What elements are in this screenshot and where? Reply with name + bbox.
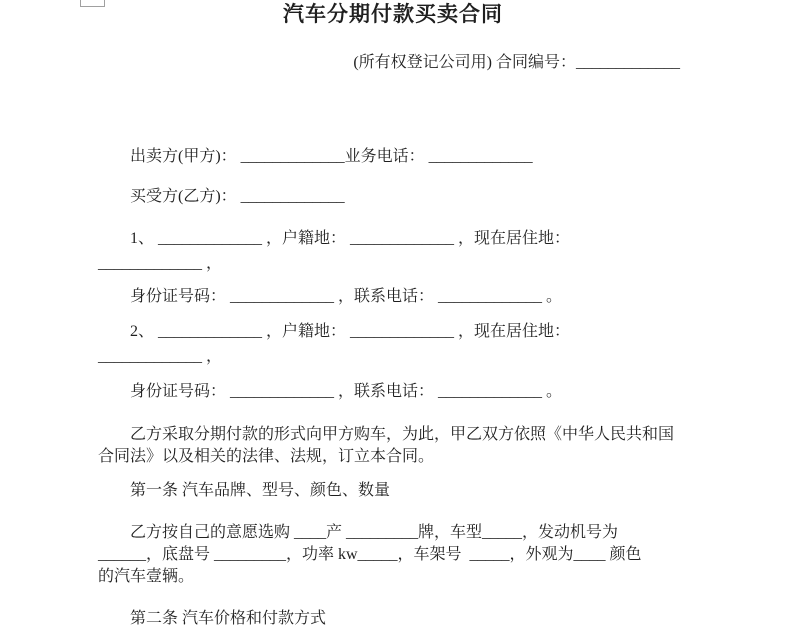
party2-name-line: 2、 _____________ ，户籍地： _____________ ，现在… — [98, 322, 720, 342]
contract-document-page: 汽车分期付款买卖合同 (所有权登记公司用) 合同编号：_____________… — [0, 0, 785, 635]
article1-heading: 第一条 汽车品牌、型号、颜色、数量 — [98, 481, 720, 501]
car-selection-line-3: 的汽车壹辆。 — [98, 567, 688, 587]
buyer-line: 买受方(乙方)： _____________ — [98, 187, 720, 207]
car-selection-line-2: ______，底盘号 _________，功率 kw_____，车架号 ____… — [98, 545, 688, 565]
seller-line: 出卖方(甲方)： _____________业务电话： ____________… — [98, 147, 720, 167]
contract-title: 汽车分期付款买卖合同 — [98, 4, 688, 24]
party1-name-line: 1、 _____________ ，户籍地： _____________ ，现在… — [98, 229, 720, 249]
party2-address-cont-line: _____________ ， — [98, 347, 688, 367]
party1-id-line: 身份证号码： _____________ ，联系电话： ____________… — [98, 287, 720, 307]
intro-line-1: 乙方采取分期付款的形式向甲方购车，为此，甲乙双方依照《中华人民共和国 — [98, 425, 720, 445]
intro-line-2: 合同法》以及相关的法律、法规，订立本合同。 — [98, 447, 688, 467]
article2-heading: 第二条 汽车价格和付款方式 — [98, 609, 720, 629]
party1-address-cont-line: _____________ ， — [98, 254, 688, 274]
car-selection-line-1: 乙方按自己的意愿选购 ____产 _________牌，车型_____，发动机号… — [98, 523, 720, 543]
party2-id-line: 身份证号码： _____________ ，联系电话： ____________… — [98, 382, 720, 402]
contract-number-line: (所有权登记公司用) 合同编号：_____________ — [98, 53, 688, 73]
